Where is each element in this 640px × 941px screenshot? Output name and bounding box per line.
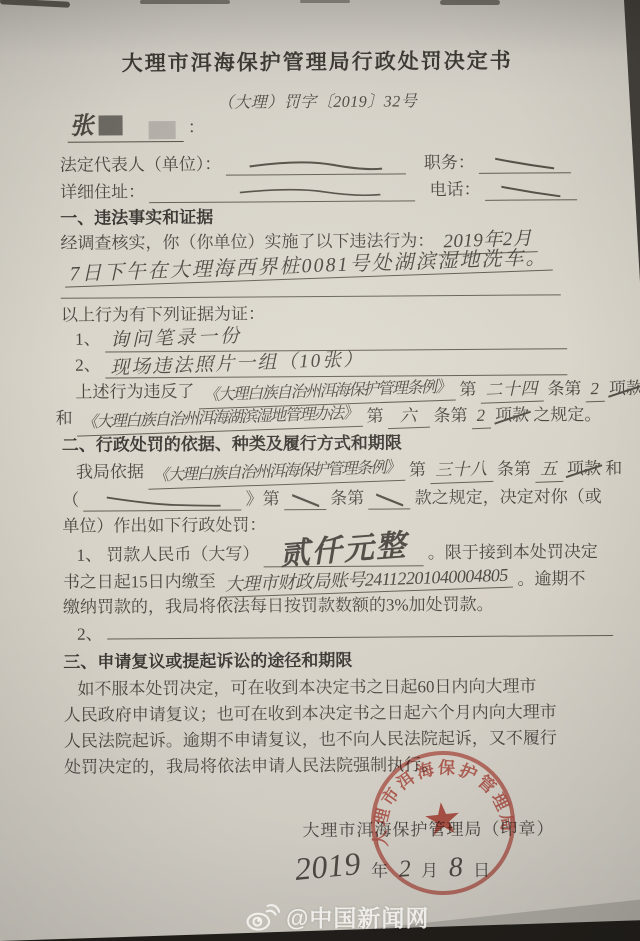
violated-prefix: 上述行为违反了: [75, 382, 194, 402]
document-body: 大理市洱海保护管理局行政处罚决定书 （大理）罚字〔2019〕32号 张 ： 法定…: [0, 0, 640, 941]
photo-edge-smudge: [440, 0, 500, 5]
blank-open: （: [62, 491, 79, 510]
hw-date-year: 2019: [294, 853, 362, 879]
address-line: 详细住址： 电话：: [60, 178, 577, 204]
ref2-kuan: 项款: [495, 405, 529, 427]
ref2-tiao: 条第: [434, 406, 468, 425]
addressee-surname: 张: [69, 115, 94, 138]
evidence-2-blank: 现场违法照片一组（10张）: [105, 351, 567, 378]
document-title: 大理市洱海保护管理局行政处罚决定书: [0, 50, 637, 76]
blank-rule: [61, 294, 561, 298]
appeal-line-2: 人民政府申请复议；也可在收到本决定书之日起六个月内向大理市: [64, 701, 557, 726]
photo-edge-smudge: [300, 0, 350, 3]
legal-rep-blank: [226, 155, 406, 175]
appeal-line-1: 如不服本处罚决定，可在收到本决定书之日起60日内向大理市: [77, 675, 536, 700]
official-seal: 大理市洱海保护管理局 ★: [358, 738, 527, 907]
phone-blank: [485, 181, 577, 201]
document-number: （大理）罚字〔2019〕32号: [0, 90, 638, 116]
fine-line-3: 缴纳罚款的，我局将依法每日按罚款数额的3%加处罚款。: [63, 594, 494, 619]
strike-mark: [373, 492, 407, 506]
basis-line-1: 我局依据 《大理白族自治州洱海保护管理条例》 第 三十八 条第 五 项款 和: [76, 458, 622, 487]
section3-heading: 三、申请复议或提起诉讼的途径和期限: [63, 650, 352, 674]
address-label: 详细住址：: [60, 182, 145, 202]
hw-fine-amount: 贰仟元整: [279, 537, 408, 565]
evidence-intro: 以上行为有下列证据为证：: [61, 303, 265, 326]
hw-evidence-1: 询问笔录一份: [109, 326, 242, 353]
ref2-di: 第: [367, 407, 384, 426]
phone-label: 电话：: [429, 180, 480, 199]
hw-violation-fact-line: 7日下午在大理海西界桩0081号处湖滨湿地洗车。: [65, 253, 553, 280]
hw-basis-no: 五: [535, 458, 563, 483]
hw-ref2-no: 2: [471, 405, 491, 430]
hw-basis-law-name: 《大理白族自治州洱海保护管理条例》: [148, 457, 405, 490]
basis-and: 和: [605, 459, 622, 478]
photo-edge-smudge: [140, 0, 230, 4]
basis-blank-no: [368, 490, 410, 509]
legal-rep-label: 法定代表人（单位）：: [60, 155, 222, 175]
pay-prefix: 书之日起15日内缴至: [63, 572, 216, 592]
basis-line-2: （ 》第 条第 款之规定，决定对你（或: [62, 486, 602, 512]
evidence-1-blank: 询问笔录一份: [105, 325, 567, 352]
and-word: 和: [56, 409, 73, 428]
evidence-item-1: 1、 询问笔录一份: [75, 325, 567, 352]
basis-prefix: 我局依据: [76, 462, 144, 481]
strike-mark: [99, 494, 225, 509]
fine-suffix: 。限于接到本处罚决定: [428, 542, 598, 562]
strike-mark: [494, 183, 568, 198]
basis-line-3: 单位）作出如下行政处罚：: [62, 514, 266, 537]
strike-mark: [244, 158, 388, 173]
ref1-tiao: 条第: [547, 379, 581, 398]
section1-heading: 一、违法事实和证据: [60, 207, 213, 230]
violated-law-line-2: 和 《大理白族自治州洱海湖滨湿地管理办法》 第 六 条第 2 项款 之规定。: [56, 404, 602, 433]
pay-suffix: 。逾期不: [517, 569, 585, 588]
hw-evidence-2: 现场违法照片一组（10张）: [110, 349, 365, 380]
addressee-line: 张 ：: [68, 115, 205, 143]
position-blank: [479, 154, 571, 174]
redaction-block: [149, 121, 176, 139]
basis-di: 第: [409, 460, 426, 479]
fine-line-2: 书之日起15日内缴至 大理市财政局账号24112201040004805 。逾期…: [63, 567, 586, 595]
hw-ref1-article: 二十四: [480, 378, 543, 404]
basis-kuan: 项款: [567, 458, 601, 480]
address-blank: [149, 182, 415, 203]
blank-tail: 款之规定，决定对你（或: [415, 487, 602, 507]
facts-intro: 经调查核实，你（你单位）实施了以下违法行为：: [60, 231, 434, 253]
basis-blank-law: [83, 492, 241, 512]
strike-mark: [176, 185, 389, 200]
redaction-block: [98, 115, 122, 135]
hw-basis-article: 三十八: [430, 458, 493, 484]
fine-amount-blank: 贰仟元整: [263, 540, 423, 567]
position-label: 职务：: [424, 153, 475, 172]
strike-mark: [288, 493, 322, 507]
ref1-di: 第: [459, 380, 476, 399]
evidence-item-2: 2、 现场违法照片一组（10张）: [75, 351, 567, 378]
hw-pay-account: 大理市财政局账号24112201040004805: [220, 564, 514, 598]
hw-ref1-no: 2: [585, 378, 605, 403]
photo-of-document: 大理市洱海保护管理局行政处罚决定书 （大理）罚字〔2019〕32号 张 ： 法定…: [0, 0, 640, 941]
evidence-2-no: 2、: [75, 356, 101, 375]
fine-prefix: 罚款人民币（大写）: [106, 544, 259, 564]
section2-heading: 二、行政处罚的依据、种类及履行方式和期限: [62, 432, 402, 456]
penalty-2-blank: [107, 634, 613, 640]
basis-tiao: 条第: [497, 460, 531, 479]
blank-mid: 条第: [330, 489, 364, 508]
fine-line-1: 1、 罚款人民币（大写） 贰仟元整 。限于接到本处罚决定: [76, 539, 597, 569]
ref2-tail: 之规定。: [533, 405, 601, 424]
addressee-name: 张: [68, 115, 184, 143]
watermark-text: @中国新闻网: [286, 900, 429, 933]
ref1-kuan: 项款: [609, 378, 640, 400]
news-watermark: @中国新闻网: [246, 900, 429, 933]
blank-close: 》第: [246, 489, 280, 508]
basis-blank-article: [284, 491, 326, 510]
hw-law2-name: 《大理白族自治州洱海湖滨湿地管理办法》: [77, 403, 363, 437]
weibo-logo-icon: [246, 903, 280, 931]
hw-ref2-article: 六: [388, 405, 430, 429]
fine-no: 1、: [77, 546, 103, 565]
penalty-2-no: 2、: [77, 625, 103, 644]
evidence-1-no: 1、: [75, 330, 101, 349]
addressee-colon: ：: [188, 118, 205, 137]
penalty-item-2: 2、: [77, 620, 613, 646]
strike-mark: [488, 156, 562, 171]
legal-rep-line: 法定代表人（单位）： 职务：: [60, 151, 571, 177]
